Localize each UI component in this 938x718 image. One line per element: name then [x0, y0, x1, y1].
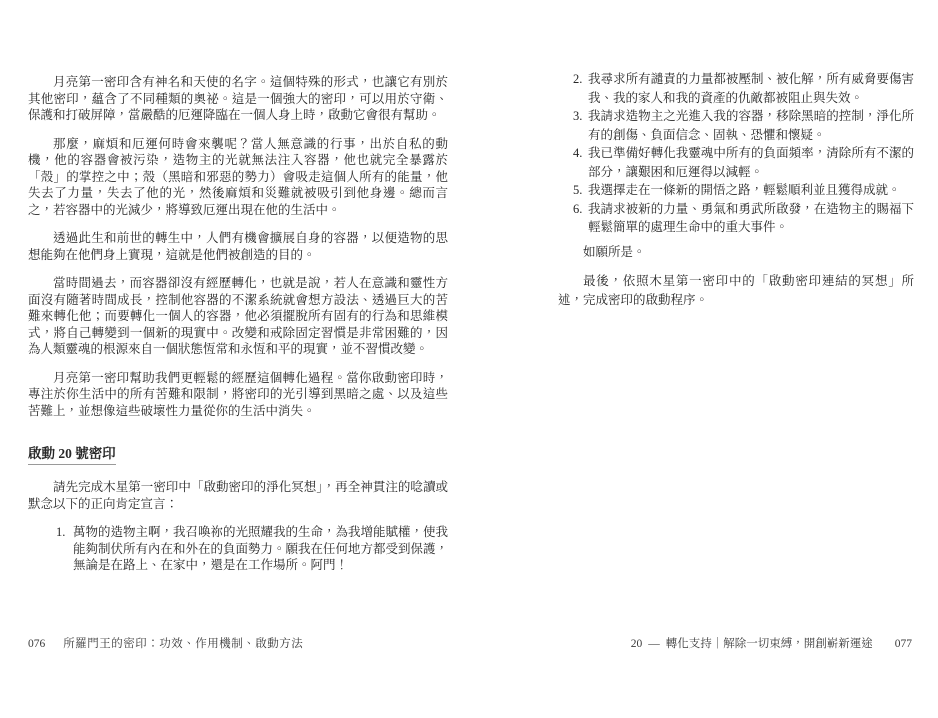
affirmation-text: 我已準備好轉化我靈魂中所有的負面頻率，清除所有不潔的部分，讓艱困和厄運得以減輕。	[588, 144, 914, 181]
affirmation-item: 2. 我尋求所有譴責的力量都被壓制、被化解，所有威脅要傷害我、我的家人和我的資產…	[573, 70, 914, 107]
footer-right: 20—轉化支持｜解除一切束縛，開創嶄新運途077	[631, 637, 912, 652]
affirmation-text: 萬物的造物主啊，我召喚祢的光照耀我的生命，為我增能賦權，使我能夠制伏所有內在和外…	[73, 524, 448, 574]
paragraph: 那麼，麻煩和厄運何時會來襲呢？當人無意識的行事，出於自私的動機，他的容器會被污染…	[28, 136, 448, 219]
affirmation-number: 6.	[573, 200, 588, 237]
paragraph: 透過此生和前世的轉生中，人們有機會擴展自身的容器，以便造物的思想能夠在他們身上實…	[28, 230, 448, 263]
affirmation-text: 我請求被新的力量、勇氣和勇武所啟發，在造物主的賜福下輕鬆簡單的處理生命中的重大事…	[588, 200, 914, 237]
affirmation-number: 1.	[56, 524, 73, 574]
closing-line: 如願所是。	[558, 243, 914, 262]
affirmation-number: 4.	[573, 144, 588, 181]
affirmation-text: 我選擇走在一條新的開悟之路，輕鬆順利並且獲得成就。	[588, 181, 914, 200]
section-heading-text: 啟動 20 號密印	[28, 445, 116, 465]
affirmation-item: 1. 萬物的造物主啊，我召喚祢的光照耀我的生命，為我增能賦權，使我能夠制伏所有內…	[56, 524, 448, 574]
affirmation-item: 5. 我選擇走在一條新的開悟之路，輕鬆順利並且獲得成就。	[573, 181, 914, 200]
final-paragraph: 最後，依照木星第一密印中的「啟動密印連結的冥想」所述，完成密印的啟動程序。	[558, 272, 914, 309]
affirmation-item: 6. 我請求被新的力量、勇氣和勇武所啟發，在造物主的賜福下輕鬆簡單的處理生命中的…	[573, 200, 914, 237]
affirmation-text: 我尋求所有譴責的力量都被壓制、被化解，所有威脅要傷害我、我的家人和我的資產的仇敵…	[588, 70, 914, 107]
affirmation-number: 5.	[573, 181, 588, 200]
affirmation-text: 我請求造物主之光進入我的容器，移除黑暗的控制，淨化所有的創傷、負面信念、固執、恐…	[588, 107, 914, 144]
book-spread: 月亮第一密印含有神名和天使的名字。這個特殊的形式，也讓它有別於其他密印，蘊含了不…	[0, 0, 938, 718]
page-number: 077	[895, 638, 912, 650]
paragraph: 月亮第一密印含有神名和天使的名字。這個特殊的形式，也讓它有別於其他密印，蘊含了不…	[28, 74, 448, 124]
section-heading: 啟動 20 號密印	[28, 445, 448, 465]
book-title: 所羅門王的密印：功效、作用機制、啟動方法	[63, 638, 303, 650]
paragraph: 請先完成木星第一密印中「啟動密印的淨化冥想」，再全神貫注的唸讀或默念以下的正向肯…	[28, 479, 448, 512]
page-right-body: 2. 我尋求所有譴責的力量都被壓制、被化解，所有威脅要傷害我、我的家人和我的資產…	[558, 70, 914, 309]
affirmation-number: 2.	[573, 70, 588, 107]
chapter-number: 20	[631, 638, 643, 650]
page-left-body: 月亮第一密印含有神名和天使的名字。這個特殊的形式，也讓它有別於其他密印，蘊含了不…	[28, 74, 448, 574]
affirmation-item: 4. 我已準備好轉化我靈魂中所有的負面頻率，清除所有不潔的部分，讓艱困和厄運得以…	[573, 144, 914, 181]
footer-left: 076所羅門王的密印：功效、作用機制、啟動方法	[28, 637, 303, 652]
affirmation-list: 1. 萬物的造物主啊，我召喚祢的光照耀我的生命，為我增能賦權，使我能夠制伏所有內…	[28, 524, 448, 574]
chapter-dash: —	[648, 638, 660, 650]
paragraph: 當時間過去，而容器卻沒有經歷轉化，也就是說，若人在意識和靈性方面沒有隨著時間成長…	[28, 275, 448, 358]
chapter-title: 轉化支持｜解除一切束縛，開創嶄新運途	[666, 638, 873, 650]
paragraph: 月亮第一密印幫助我們更輕鬆的經歷這個轉化過程。當你啟動密印時，專注於你生活中的所…	[28, 370, 448, 420]
affirmation-number: 3.	[573, 107, 588, 144]
page-number: 076	[28, 638, 45, 650]
affirmation-item: 3. 我請求造物主之光進入我的容器，移除黑暗的控制，淨化所有的創傷、負面信念、固…	[573, 107, 914, 144]
affirmation-list: 2. 我尋求所有譴責的力量都被壓制、被化解，所有威脅要傷害我、我的家人和我的資產…	[558, 70, 914, 237]
